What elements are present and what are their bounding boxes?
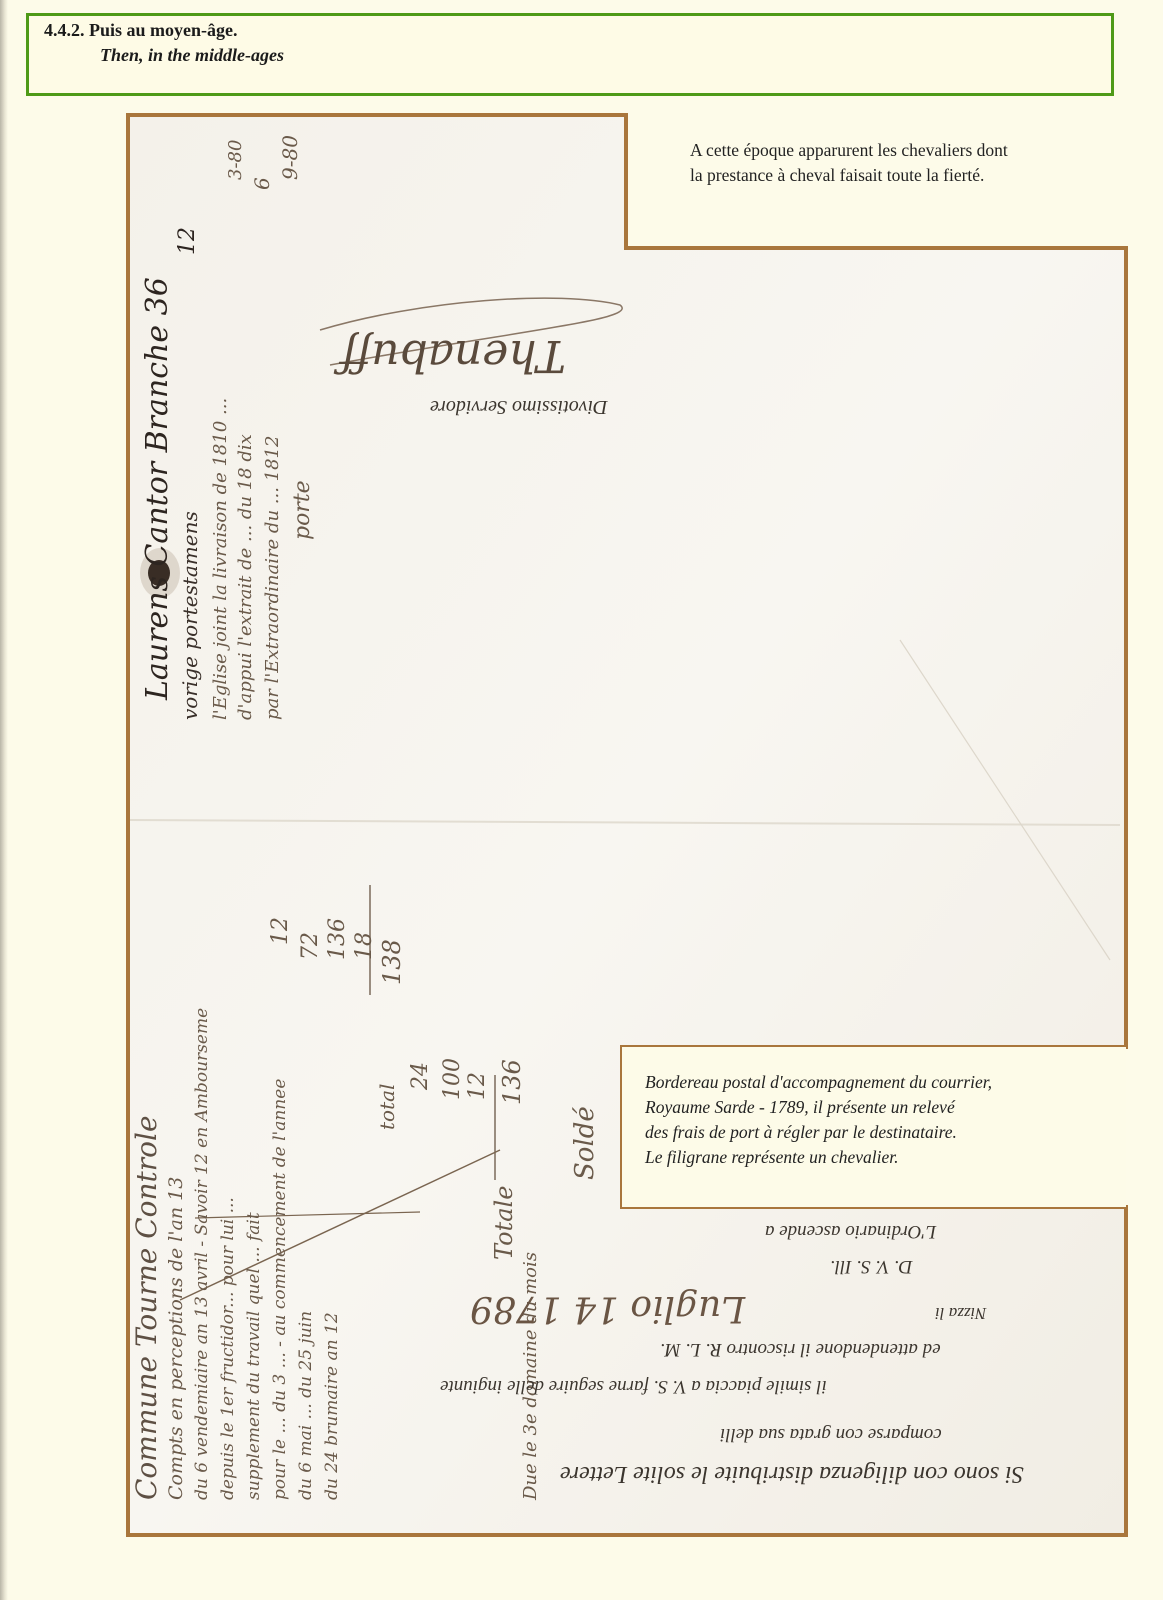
ledger-total-label: total bbox=[375, 1084, 399, 1130]
closing-devotissimo-servidore: Divotissimo Servidore bbox=[430, 395, 608, 418]
hand-line-portestamens: vorige portestamens bbox=[178, 511, 202, 720]
caption-line-3: des frais de port à régler par le destin… bbox=[645, 1120, 1115, 1145]
ledger-amount: 18 bbox=[352, 932, 377, 960]
caption-text: Bordereau postal d'accompagnement du cou… bbox=[645, 1070, 1115, 1170]
form-line-7: L'Ordinario ascende a bbox=[765, 1220, 936, 1242]
ledger-amount: 72 bbox=[298, 932, 323, 960]
form-line-1: Si sono con diligenza distribuite le sol… bbox=[560, 1460, 1024, 1487]
hand-line-porte: porte bbox=[290, 480, 315, 540]
ledger-line: du 6 vendemiaire an 13 avril - Savoir 12… bbox=[192, 1008, 212, 1500]
form-line-3: il simile piaccia a V. S. farne seguire … bbox=[440, 1375, 827, 1397]
intro-line-2: la prestance à cheval faisait toute la f… bbox=[690, 163, 1120, 188]
ledger-total: 138 bbox=[378, 939, 406, 985]
hand-line-faded-2: d'appui l'extrait de ... du 18 dix bbox=[235, 434, 256, 720]
ledger-second-total-label: Totale bbox=[490, 1186, 518, 1260]
form-line-5-prefix: Nizza li bbox=[935, 1303, 987, 1323]
ledger-second-amount: 12 bbox=[465, 1072, 490, 1100]
amount-9-80: 9-80 bbox=[278, 135, 302, 180]
ledger-solde: Soldé bbox=[570, 1106, 600, 1180]
amount-3-80: 3-80 bbox=[225, 140, 246, 180]
ledger-amount: 12 bbox=[268, 917, 293, 945]
amount-12: 12 bbox=[175, 227, 200, 255]
form-line-2: comparse con grata sua delli bbox=[720, 1423, 942, 1445]
ledger-line: depuis le 1er fructidor... pour lui ... bbox=[218, 1197, 238, 1500]
ledger-line: Compts en perceptions de l'an 13 bbox=[165, 1177, 187, 1500]
amount-6: 6 bbox=[250, 177, 274, 190]
hand-line-faded-1: l'Eglise joint la livraison de 1810 ... bbox=[210, 398, 231, 720]
ledger-line: supplement du travail quel ... fait bbox=[244, 1212, 264, 1500]
signature: Thenabuff bbox=[340, 330, 566, 381]
intro-text: A cette époque apparurent les chevaliers… bbox=[690, 138, 1120, 188]
ledger-amount: 136 bbox=[325, 918, 350, 960]
form-line-6: D. V. S. Ill. bbox=[830, 1255, 913, 1277]
intro-line-1: A cette époque apparurent les chevaliers… bbox=[690, 138, 1120, 163]
ledger-line: du 24 brumaire an 12 bbox=[322, 1312, 342, 1500]
form-line-4: ed attendendone il riscontro R. L. M. bbox=[660, 1338, 941, 1360]
ledger-second-amount: 100 bbox=[440, 1058, 465, 1100]
hand-line-laurens: Laurens Cantor Branche 36 bbox=[140, 277, 175, 700]
caption-line-2: Royaume Sarde - 1789, il présente un rel… bbox=[645, 1095, 1115, 1120]
ledger-line: du 6 mai ... du 25 juin bbox=[296, 1311, 316, 1500]
hand-line-faded-3: par l'Extraordinaire du ... 1812 bbox=[262, 436, 283, 720]
ledger-heading: Commune Tourne Controle bbox=[130, 1115, 163, 1500]
postal-document-scan: Laurens Cantor Branche 36 vorige portest… bbox=[0, 0, 1163, 1600]
ledger-second-total: 136 bbox=[498, 1059, 526, 1105]
form-date: Luglio 14 1789 bbox=[470, 1288, 745, 1329]
caption-line-4: Le filigrane représente un chevalier. bbox=[645, 1145, 1115, 1170]
ledger-line: pour le ... du 3 ... - au commencement d… bbox=[270, 1079, 290, 1500]
caption-line-1: Bordereau postal d'accompagnement du cou… bbox=[645, 1070, 1115, 1095]
ledger-second-amount: 24 bbox=[408, 1062, 433, 1090]
